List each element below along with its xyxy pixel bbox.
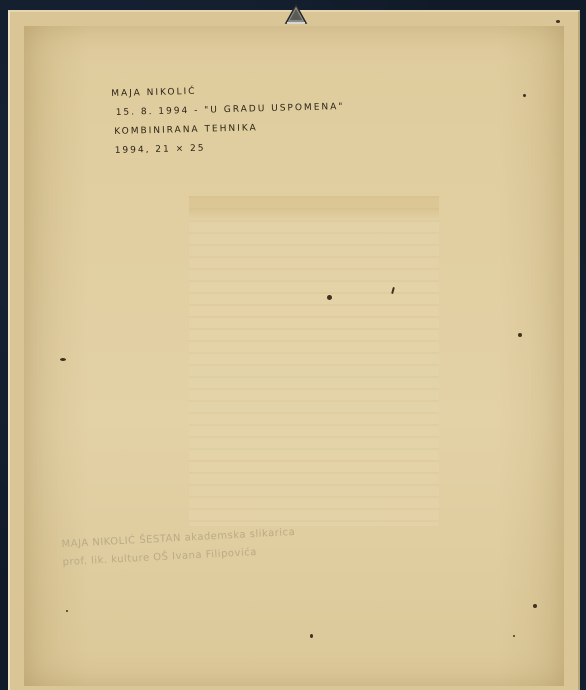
inner-panel-shadow xyxy=(189,196,439,526)
speck xyxy=(556,20,560,23)
speck xyxy=(60,358,66,361)
handwritten-ink-label: MAJA NIKOLIĆ 15. 8. 1994 - "U GRADU USPO… xyxy=(111,79,346,161)
speck xyxy=(310,634,313,638)
speck xyxy=(513,635,515,637)
speck xyxy=(327,295,332,300)
speck xyxy=(533,604,537,608)
speck xyxy=(66,610,68,612)
photo: MAJA NIKOLIĆ 15. 8. 1994 - "U GRADU USPO… xyxy=(0,0,586,690)
speck xyxy=(518,333,522,337)
speck xyxy=(523,94,526,97)
triangle-hanger-icon xyxy=(283,2,309,28)
